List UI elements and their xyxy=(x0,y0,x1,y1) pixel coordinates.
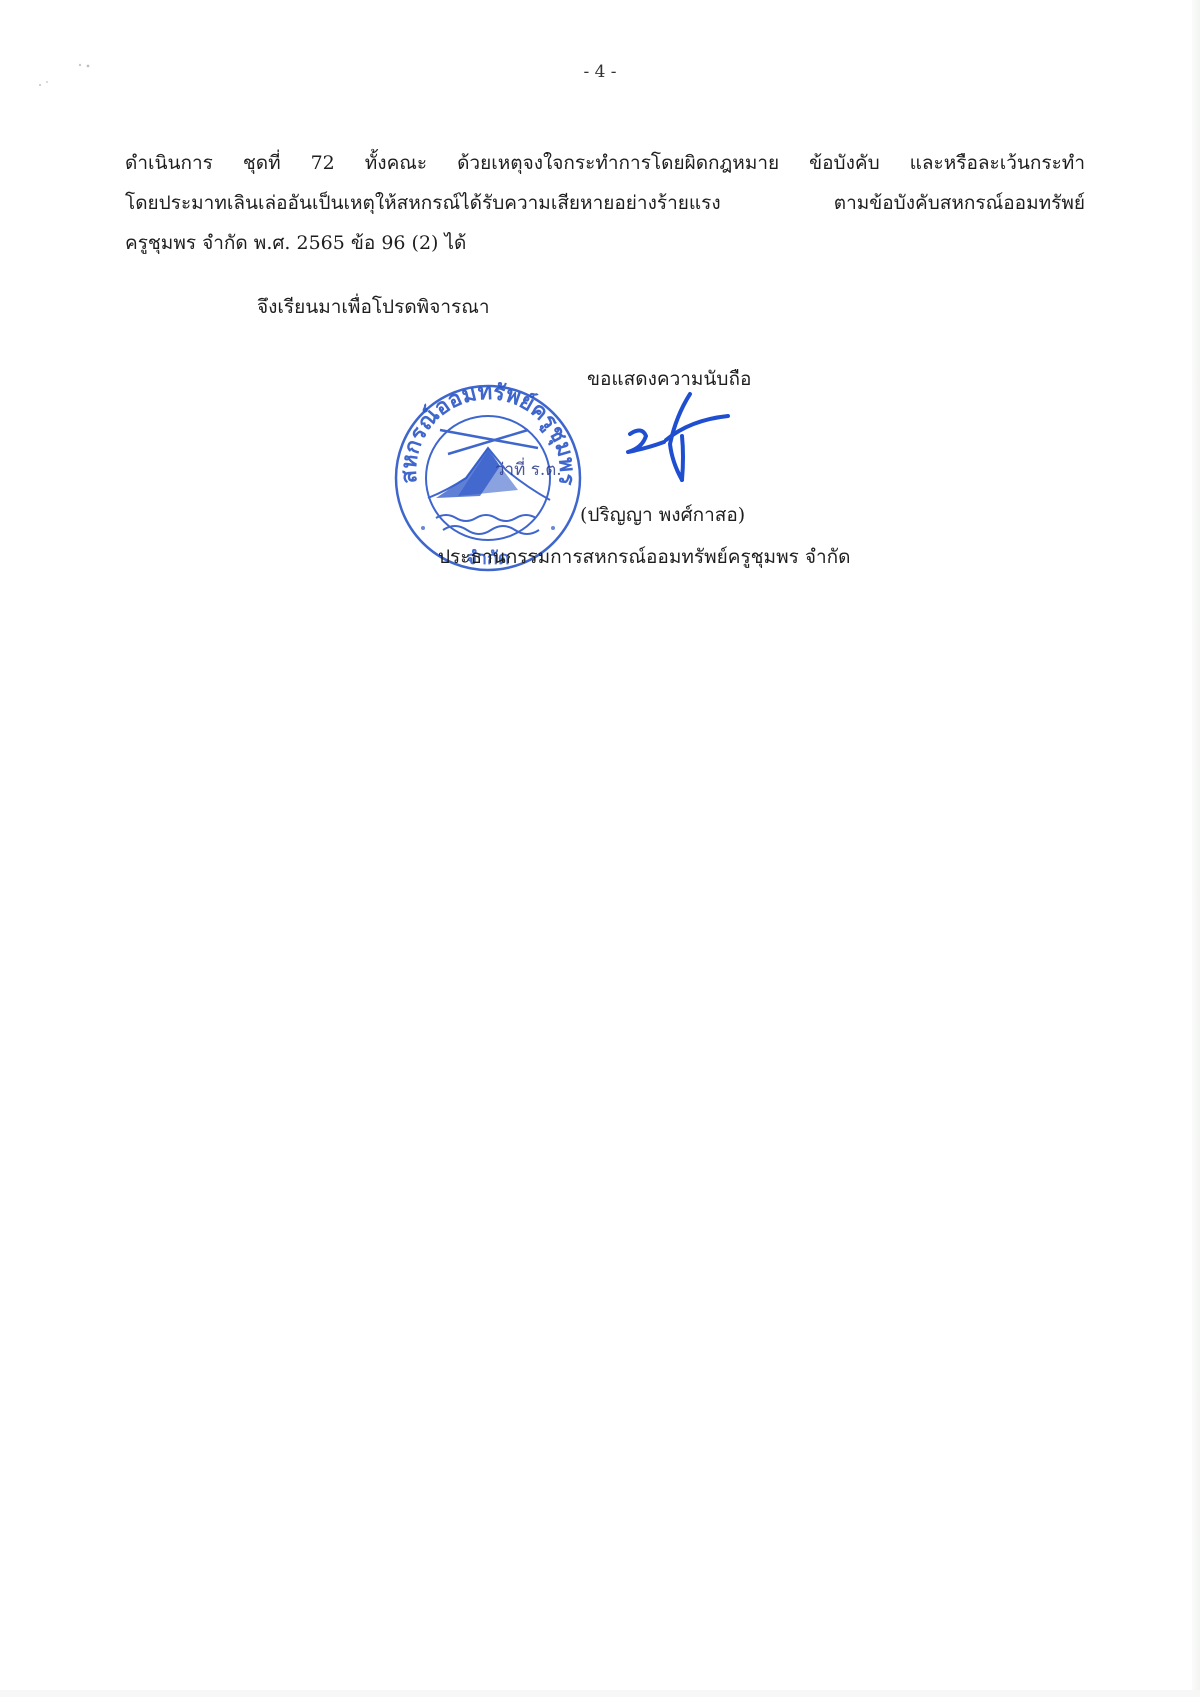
signature-block: สหกรณ์ออมทรัพย์ครูชุมพร จำกัด ขอแสดงความ… xyxy=(380,360,920,590)
body-paragraph: ดำเนินการ ชุดที่ 72 ทั้งคณะ ด้วยเหตุจงใจ… xyxy=(125,143,1085,263)
scan-edge-right xyxy=(1192,0,1200,1697)
signer-name: (ปริญญา พงศ์กาสอ) xyxy=(580,500,745,530)
stamp-note: ว่าที่ ร.ต. xyxy=(495,456,562,483)
body-line: โดยประมาทเลินเล่ออันเป็นเหตุให้สหกรณ์ได้… xyxy=(125,183,1085,223)
scan-edge-bottom xyxy=(0,1690,1200,1697)
body-line: ครูชุมพร จำกัด พ.ศ. 2565 ข้อ 96 (2) ได้ xyxy=(125,223,1085,263)
page-number: - 4 - xyxy=(0,62,1200,82)
closing-line: จึงเรียนมาเพื่อโปรดพิจารณา xyxy=(257,292,490,322)
handwritten-signature-icon xyxy=(620,386,740,486)
body-line: ดำเนินการ ชุดที่ 72 ทั้งคณะ ด้วยเหตุจงใจ… xyxy=(125,143,1085,183)
signer-title: ประธานกรรมการสหกรณ์ออมทรัพย์ครูชุมพร จำก… xyxy=(438,542,850,572)
document-page: - 4 - ดำเนินการ ชุดที่ 72 ทั้งคณะ ด้วยเห… xyxy=(0,0,1192,1690)
